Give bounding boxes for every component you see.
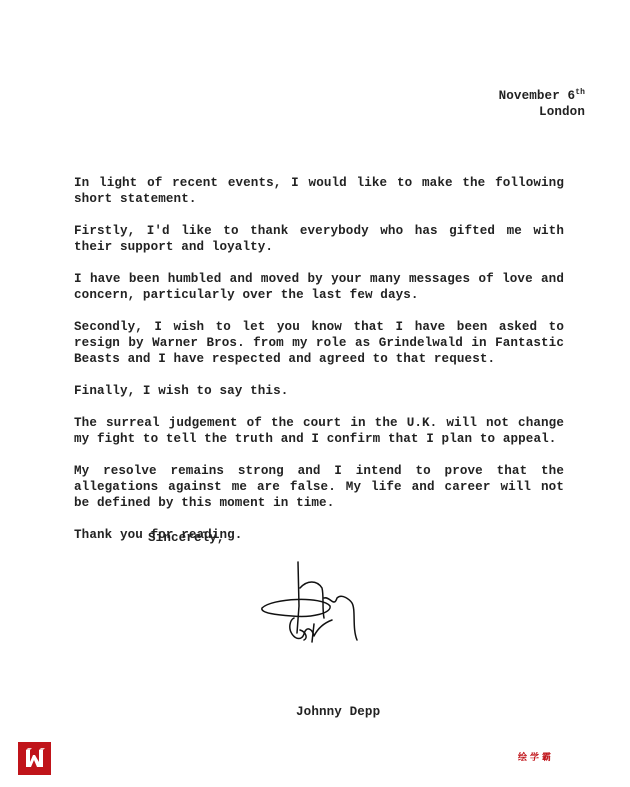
paragraph: The surreal judgement of the court in th… — [74, 415, 564, 447]
paragraph: Secondly, I wish to let you know that I … — [74, 319, 564, 367]
watermark: 绘学霸 — [518, 750, 554, 763]
paragraph: My resolve remains strong and I intend t… — [74, 463, 564, 511]
date-text: November 6 — [499, 89, 576, 103]
w-logo-icon — [18, 742, 51, 775]
letter-body: In light of recent events, I would like … — [74, 175, 564, 559]
letter-date: November 6th — [499, 88, 585, 104]
signatory-name: Johnny Depp — [296, 704, 380, 720]
closing: Sincerely, — [148, 530, 225, 546]
handwritten-signature-icon — [252, 558, 387, 658]
paragraph: Finally, I wish to say this. — [74, 383, 564, 399]
paragraph: I have been humbled and moved by your ma… — [74, 271, 564, 303]
letter-location: London — [499, 104, 585, 120]
paragraph: In light of recent events, I would like … — [74, 175, 564, 207]
paragraph: Firstly, I'd like to thank everybody who… — [74, 223, 564, 255]
date-suffix: th — [575, 88, 585, 97]
letter-header: November 6th London — [499, 88, 585, 120]
